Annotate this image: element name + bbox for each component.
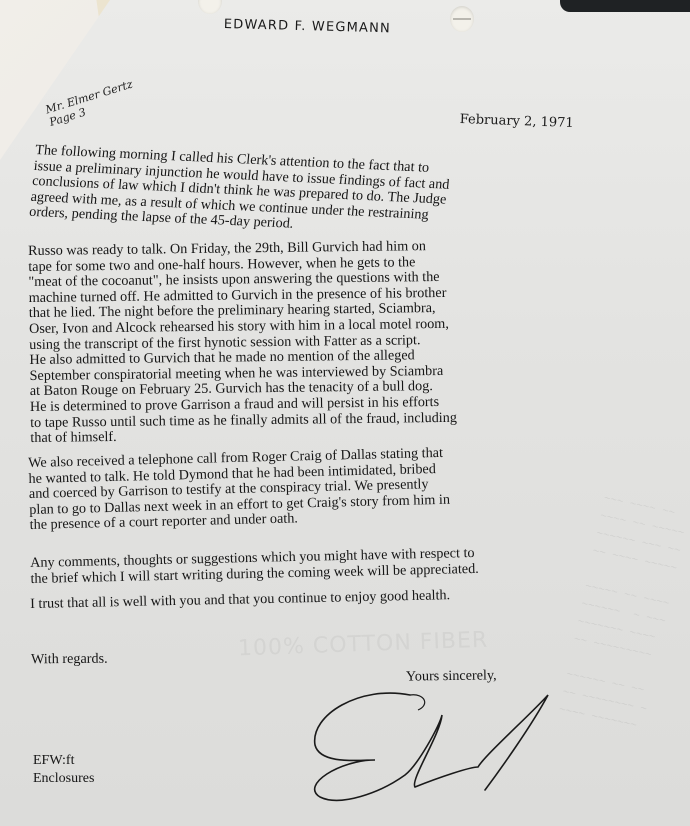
bleed-through-text: ~~~ ~~~~ ~~ ~~~~ ~~ ~~~~~ ~~~~~~ ~~~ ~~ …: [557, 490, 690, 744]
punch-hole: [198, 0, 222, 14]
closing-regards: With regards.: [31, 651, 108, 669]
typist-initials: EFW:ft: [33, 752, 94, 770]
closing-sincerely: Yours sincerely,: [406, 667, 497, 685]
paper-watermark: 100% COTTON FIBER: [238, 628, 489, 662]
reference-block: EFW:ft Enclosures: [33, 752, 94, 788]
letter-date: February 2, 1971: [459, 112, 573, 131]
letterhead: EDWARD F. WEGMANN: [224, 17, 392, 36]
enclosures-note: Enclosures: [33, 770, 94, 788]
paragraph: We also received a telephone call from R…: [28, 446, 451, 534]
text-line: that of himself.: [30, 426, 457, 447]
paragraph: Any comments, thoughts or suggestions wh…: [30, 546, 479, 587]
paragraph: The following morning I called his Clerk…: [28, 143, 451, 239]
punch-hole: [450, 6, 474, 32]
letter-page: 100% COTTON FIBER ~~~ ~~~~ ~~ ~~~~ ~~ ~~…: [0, 0, 690, 826]
handwritten-signature: [300, 685, 560, 815]
recipient-block: Mr. Elmer Gertz Page 3: [44, 78, 138, 129]
paragraph: Russo was ready to talk. On Friday, the …: [28, 239, 457, 447]
text-line: I trust that all is well with you and th…: [30, 588, 450, 612]
paragraph: I trust that all is well with you and th…: [30, 588, 450, 612]
screen-overlay-pill: [560, 0, 690, 12]
